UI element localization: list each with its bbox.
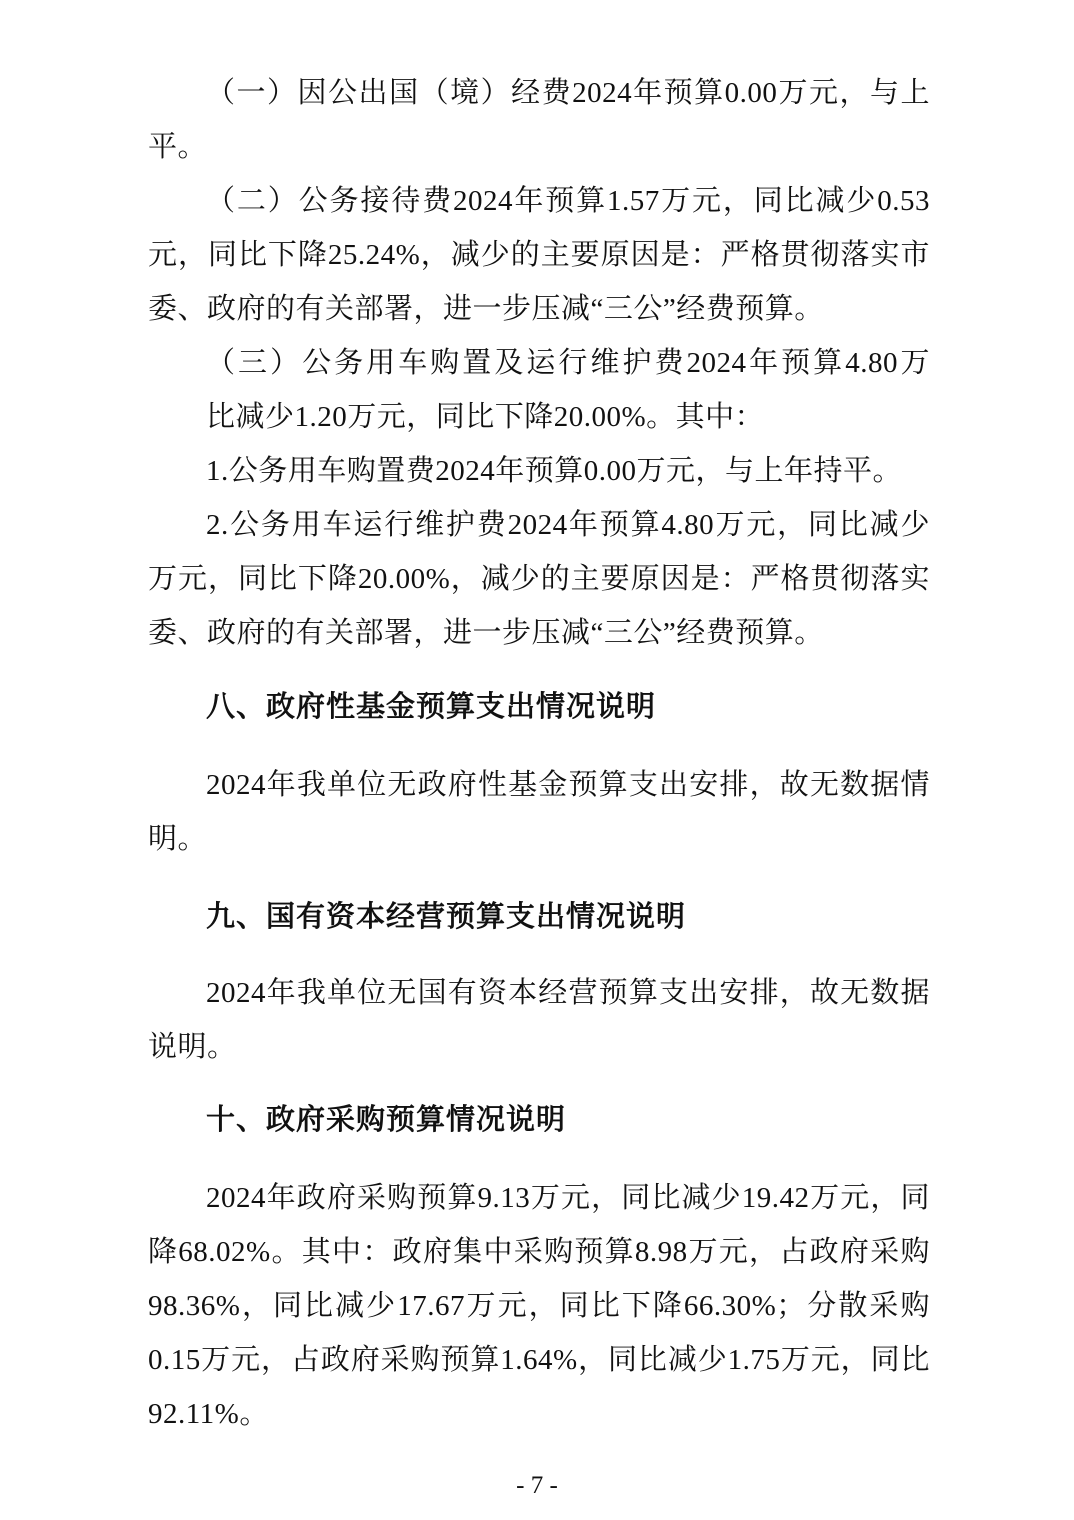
body-line: 平。 [148, 120, 930, 174]
body-line: 委、政府的有关部署，进一步压减“三公”经费预算。 [148, 282, 930, 336]
document-body: （一）因公出国（境）经费2024年预算0.00万元，与上年持 平。 （二）公务接… [148, 66, 930, 1441]
body-line: 元，同比下降25.24%，减少的主要原因是：严格贯彻落实市党 [148, 228, 930, 282]
body-line: （三）公务用车购置及运行维护费2024年预算4.80万元，同 [148, 336, 930, 390]
section-heading-government-procurement: 十、政府采购预算情况说明 [148, 1093, 930, 1147]
body-line: 降68.02%。其中：政府集中采购预算8.98万元，占政府采购预算 [148, 1225, 930, 1279]
body-line: 委、政府的有关部署，进一步压减“三公”经费预算。 [148, 606, 930, 660]
body-line: 比减少1.20万元，同比下降20.00%。其中： [148, 390, 930, 444]
body-line: 2024年我单位无政府性基金预算支出安排，故无数据情况说 [148, 758, 930, 812]
body-line: 1.公务用车购置费2024年预算0.00万元，与上年持平。 [148, 444, 930, 498]
page-number: - 7 - [0, 1468, 1074, 1504]
body-line: 2024年我单位无国有资本经营预算支出安排，故无数据情况 [148, 966, 930, 1020]
body-line: 万元，同比下降20.00%，减少的主要原因是：严格贯彻落实市党 [148, 552, 930, 606]
body-line: 明。 [148, 812, 930, 866]
body-line: 0.15万元，占政府采购预算1.64%，同比减少1.75万元，同比下降 [148, 1333, 930, 1387]
body-line: 98.36%，同比减少17.67万元，同比下降66.30%；分散采购预算 [148, 1279, 930, 1333]
body-line: 92.11%。 [148, 1387, 930, 1441]
body-line: （二）公务接待费2024年预算1.57万元，同比减少0.53万 [148, 174, 930, 228]
body-line: 2.公务用车运行维护费2024年预算4.80万元，同比减少1.20 [148, 498, 930, 552]
document-page: （一）因公出国（境）经费2024年预算0.00万元，与上年持 平。 （二）公务接… [0, 0, 1074, 1520]
section-heading-government-funds: 八、政府性基金预算支出情况说明 [148, 680, 930, 734]
body-line: 说明。 [148, 1020, 930, 1074]
body-line: 2024年政府采购预算9.13万元，同比减少19.42万元，同比下 [148, 1171, 930, 1225]
section-heading-state-capital: 九、国有资本经营预算支出情况说明 [148, 890, 930, 944]
body-line: （一）因公出国（境）经费2024年预算0.00万元，与上年持 [148, 66, 930, 120]
